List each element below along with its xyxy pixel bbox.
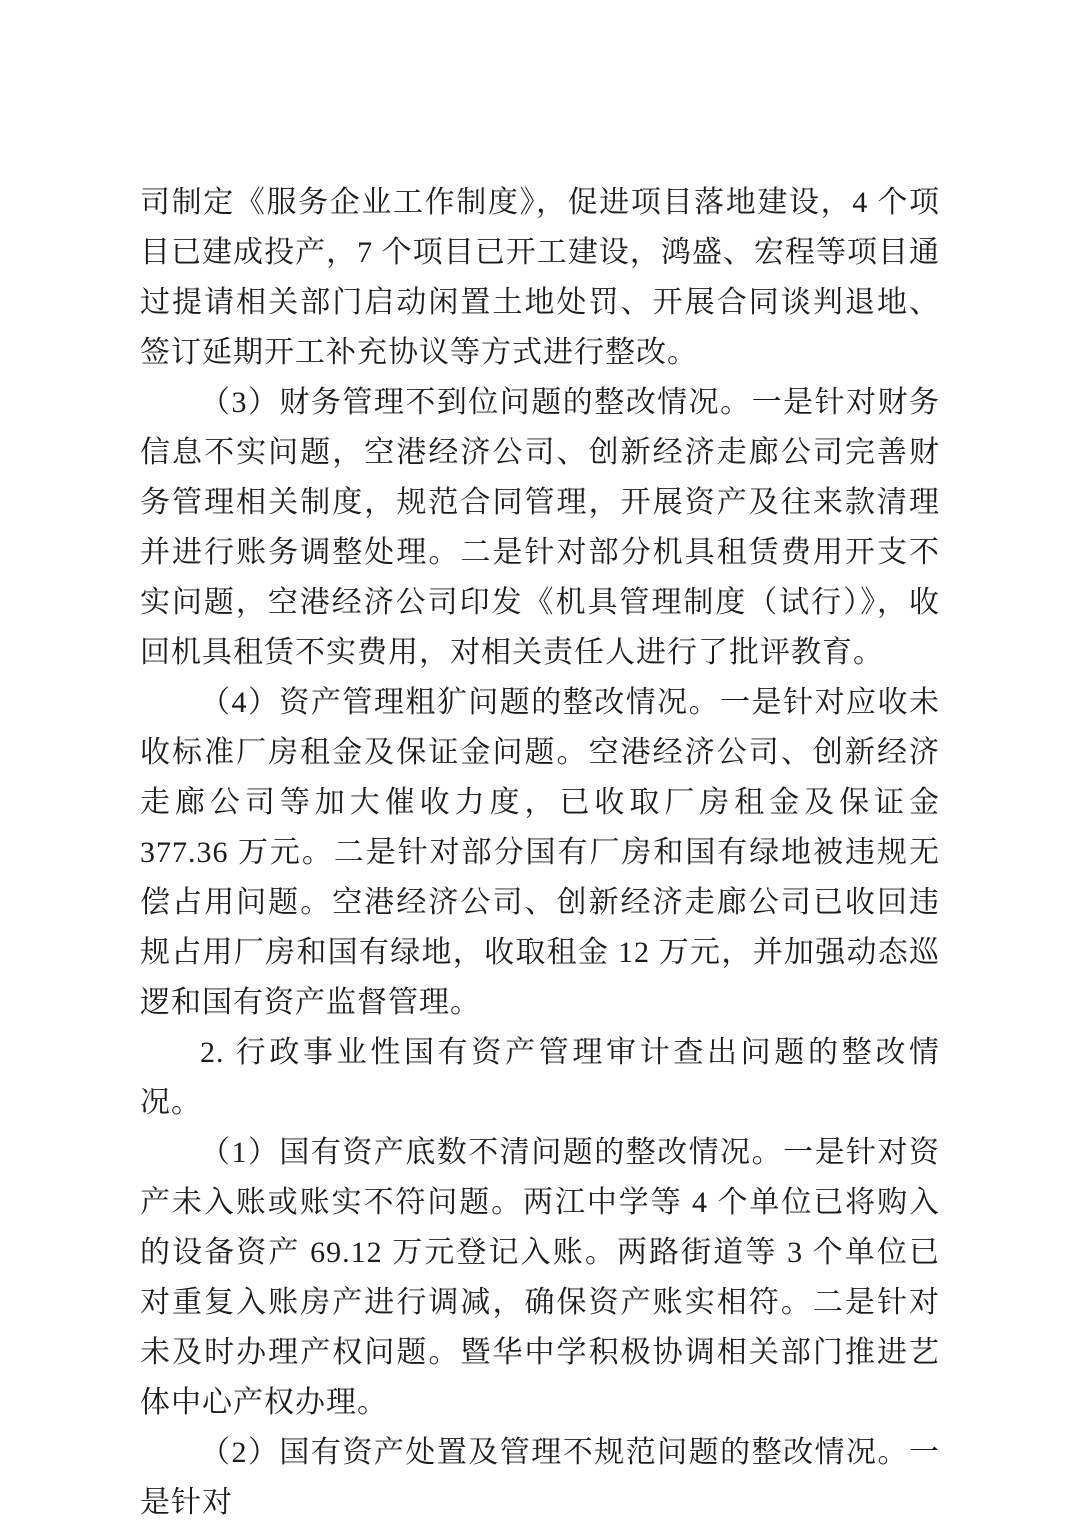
document-page: 司制定《服务企业工作制度》，促进项目落地建设，4 个项目已建成投产，7 个项目已…	[0, 0, 1074, 1520]
paragraph-item-2-asset-disposal: （2）国有资产处置及管理不规范问题的整改情况。一是针对	[140, 1428, 940, 1520]
paragraph-item-1-unclear-asset-base: （1）国有资产底数不清问题的整改情况。一是针对资产未入账或账实不符问题。两江中学…	[140, 1128, 940, 1428]
paragraph-heading-2-administrative-assets: 2. 行政事业性国有资产管理审计查出问题的整改情况。	[140, 1028, 940, 1128]
paragraph-item-4-asset-management: （4）资产管理粗犷问题的整改情况。一是针对应收未收标准厂房租金及保证金问题。空港…	[140, 678, 940, 1028]
paragraph-continuation: 司制定《服务企业工作制度》，促进项目落地建设，4 个项目已建成投产，7 个项目已…	[140, 178, 940, 378]
paragraph-item-3-finance-management: （3）财务管理不到位问题的整改情况。一是针对财务信息不实问题，空港经济公司、创新…	[140, 378, 940, 678]
document-text-block: 司制定《服务企业工作制度》，促进项目落地建设，4 个项目已建成投产，7 个项目已…	[140, 178, 940, 1520]
